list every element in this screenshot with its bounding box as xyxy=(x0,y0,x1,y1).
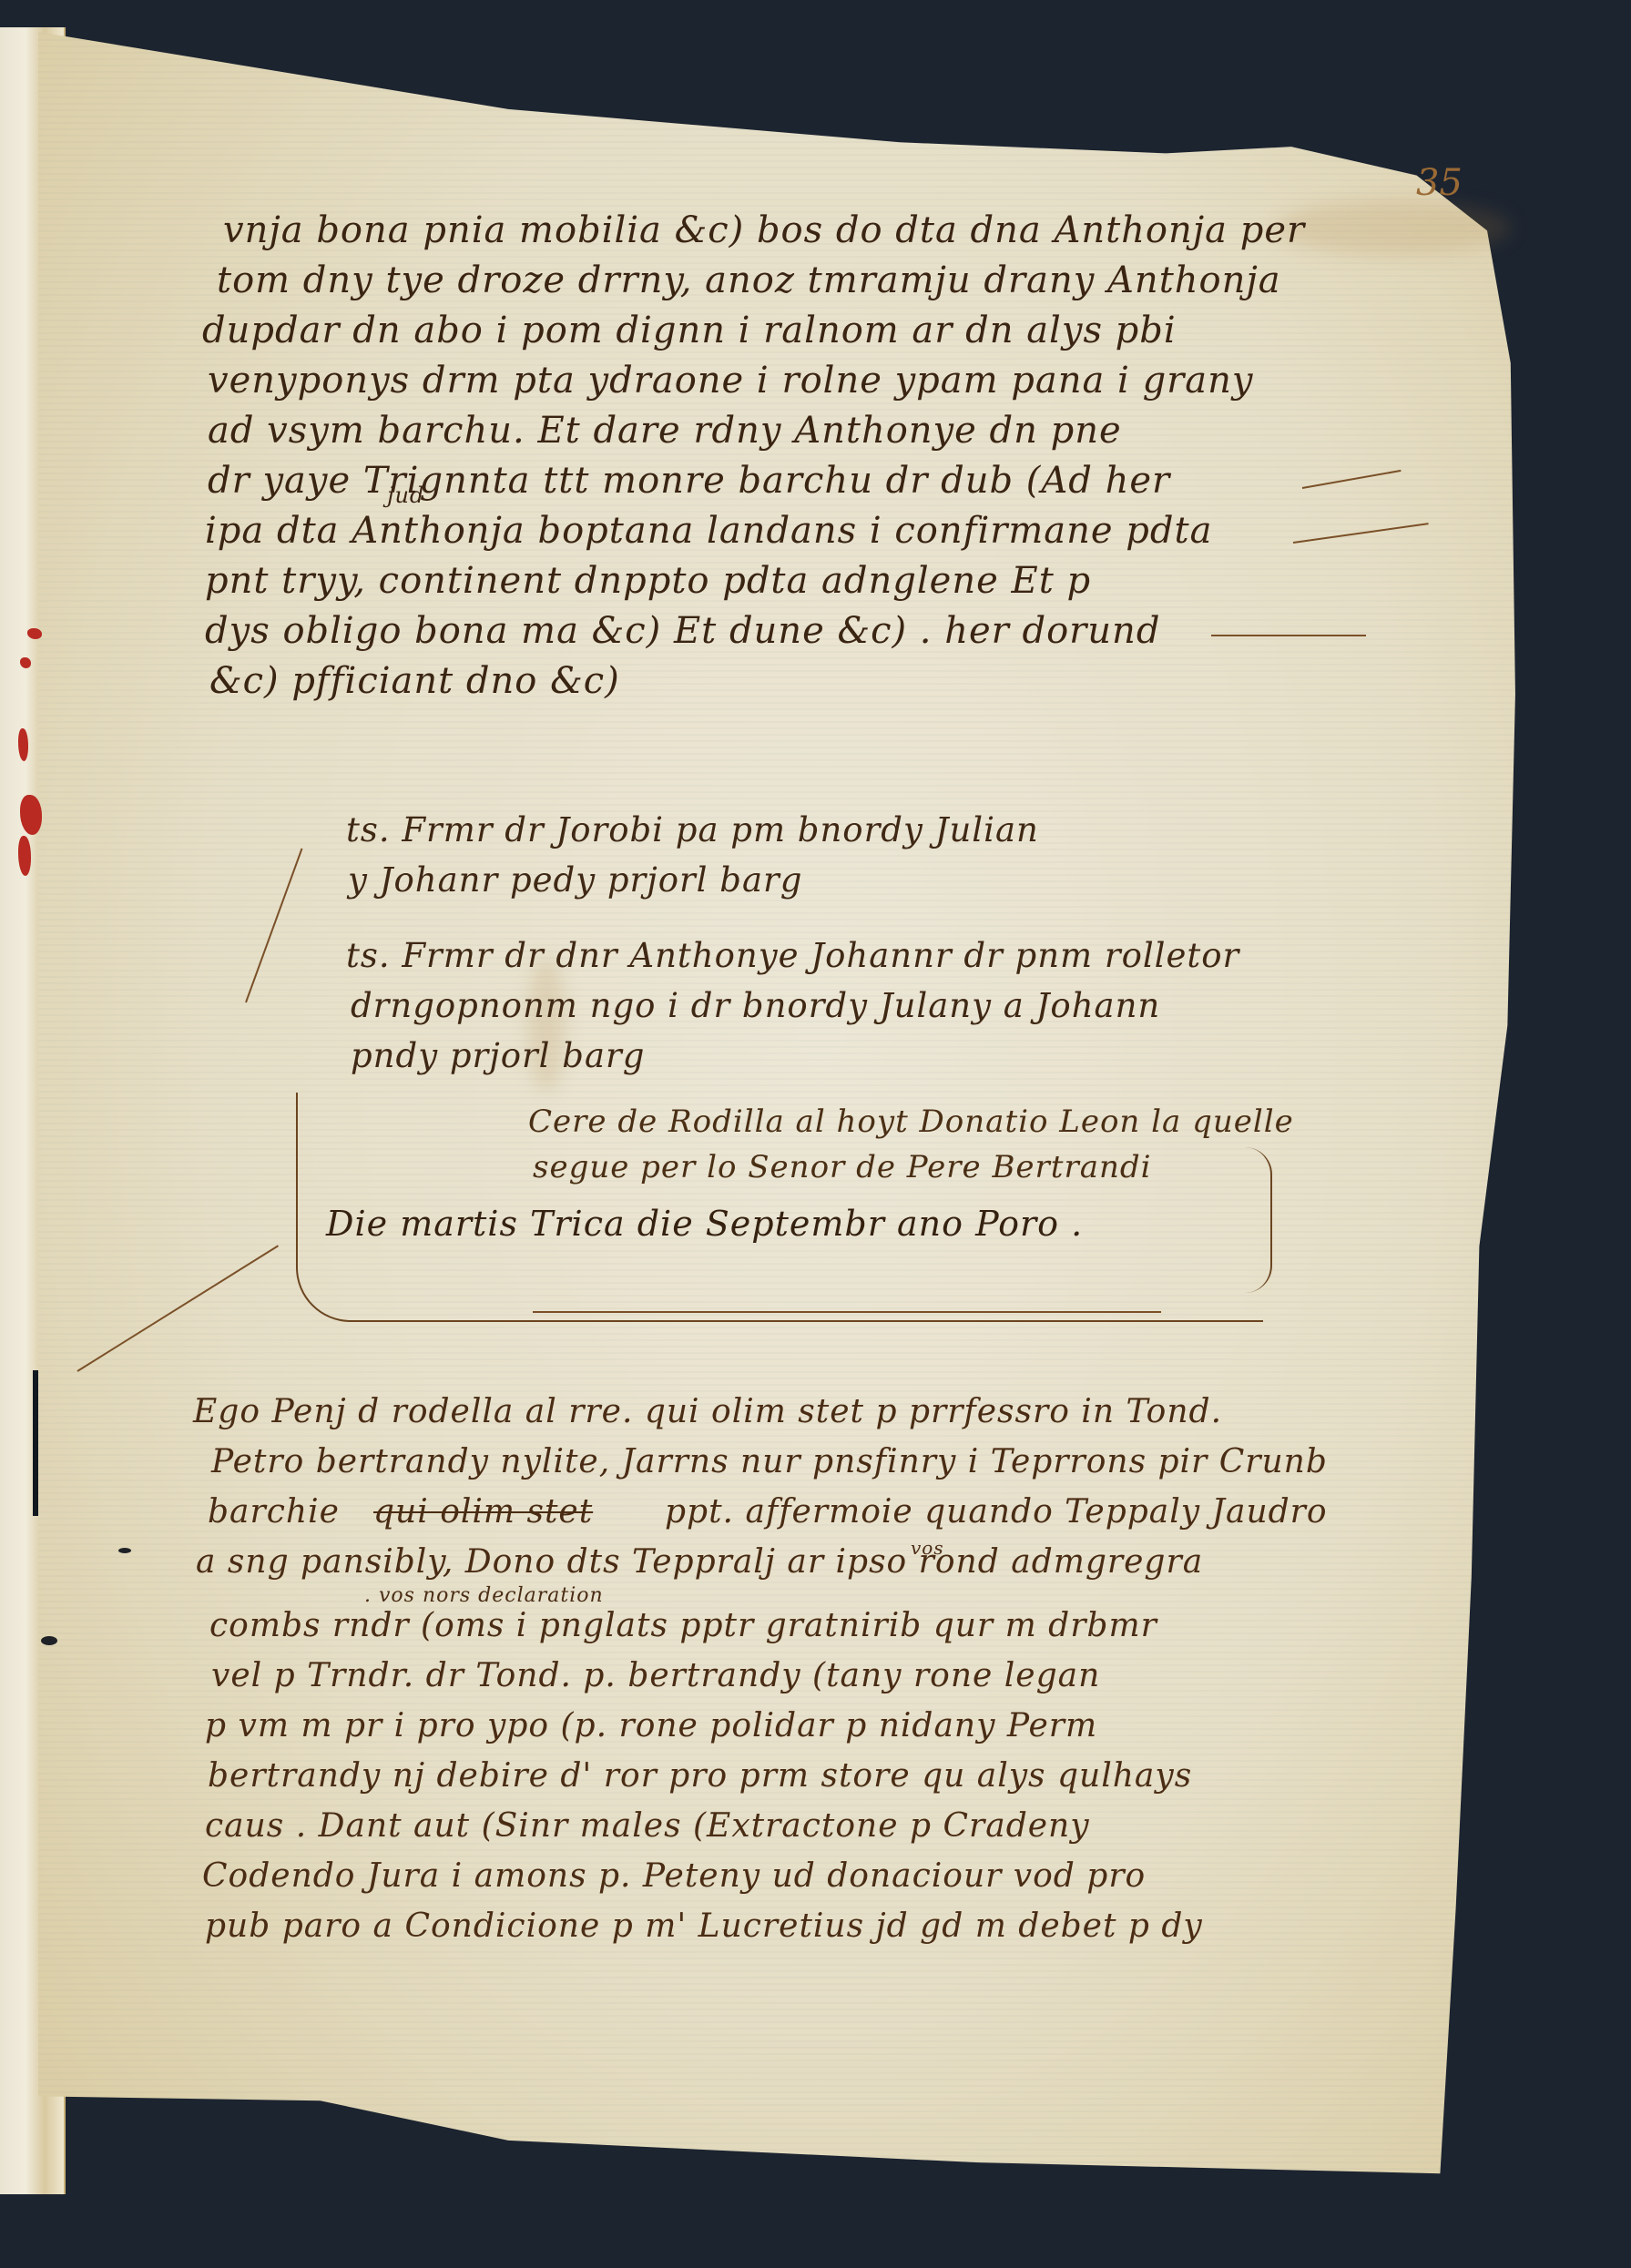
red-wax-mark xyxy=(20,657,31,668)
interlinear-note: jud xyxy=(387,483,424,508)
text-line: combs rndr (oms i pnglats pptr gratnirib… xyxy=(209,1607,1157,1644)
line-filler-flourish xyxy=(1211,635,1366,636)
text-line: pnt tryy, continent dnppto pdta adnglene… xyxy=(205,560,1091,602)
paper-stain xyxy=(1275,200,1512,255)
text-line: &c) pfficiant dno &c) xyxy=(209,660,620,702)
text-line: bertrandy nj debire d' ror pro prm store… xyxy=(208,1757,1192,1795)
text-line: barchie xyxy=(208,1493,340,1531)
ink-blot xyxy=(41,1636,57,1645)
interlinear-note: . vos nors declaration xyxy=(364,1584,604,1607)
text-line: dupdar dn abo i pom dignn i ralnom ar dn… xyxy=(202,310,1177,351)
text-line: vnja bona pnia mobilia &c) bos do dta dn… xyxy=(223,209,1305,251)
text-line: caus . Dant aut (Sinr males (Extractone … xyxy=(205,1807,1090,1845)
text-line: ts. Frmr dr dnr Anthonye Johannr dr pnm … xyxy=(346,936,1239,975)
bracket-underline xyxy=(533,1311,1161,1313)
text-line: ts. Frmr dr Jorobi pa pm bnordy Julian xyxy=(346,810,1039,849)
text-line: dr yaye Trignnta ttt monre barchu dr dub… xyxy=(208,460,1170,502)
text-line: a sng pansibly, Dono dts Teppralj ar ips… xyxy=(196,1543,1203,1581)
text-line: tom dny tye droze drrny, anoz tmramju dr… xyxy=(217,259,1281,301)
folio-number: 35 xyxy=(1416,162,1463,204)
red-wax-mark xyxy=(20,795,42,835)
text-line: pub paro a Condicione p m' Lucretius jd … xyxy=(205,1907,1203,1945)
text-line: dys obligo bona ma &c) Et dune &c) . her… xyxy=(205,610,1160,652)
text-line: Die martis Trica die Septembr ano Poro . xyxy=(326,1204,1083,1244)
struck-text: qui olim stet xyxy=(373,1493,593,1531)
text-line: pndy prjorl barg xyxy=(351,1036,645,1075)
text-line: vel p Trndr. dr Tond. p. bertrandy (tany… xyxy=(211,1657,1100,1694)
text-line: drngopnonm ngo i dr bnordy Julany a Joha… xyxy=(351,986,1160,1025)
red-wax-mark xyxy=(18,728,28,761)
text-line: Cere de Rodilla al hoyt Donatio Leon la … xyxy=(528,1103,1294,1140)
text-line: Petro bertrandy nylite, Jarrns nur pnsfi… xyxy=(211,1443,1328,1480)
text-line: segue per lo Senor de Pere Bertrandi xyxy=(533,1149,1152,1185)
text-line: ipa dta Anthonja boptana landans i confi… xyxy=(205,510,1212,552)
text-line: p vm m pr i pro ypo (p. rone polidar p n… xyxy=(205,1707,1097,1744)
red-wax-mark xyxy=(27,628,42,639)
red-wax-mark xyxy=(18,836,31,876)
text-line: ppt. affermoie quando Teppaly Jaudro xyxy=(665,1493,1328,1531)
text-line: Codendo Jura i amons p. Peteny ud donaci… xyxy=(202,1857,1146,1895)
text-line: venyponys drm pta ydraone i rolne ypam p… xyxy=(208,360,1254,402)
text-line: ad vsym barchu. Et dare rdny Anthonye dn… xyxy=(208,410,1122,452)
right-brace xyxy=(1234,1147,1272,1293)
interlinear-note: vos xyxy=(911,1537,944,1559)
text-line: y Johanr pedy prjorl barg xyxy=(348,860,802,900)
text-line: Ego Penj d rodella al rre. qui olim stet… xyxy=(193,1393,1222,1430)
ink-blot xyxy=(118,1548,131,1553)
